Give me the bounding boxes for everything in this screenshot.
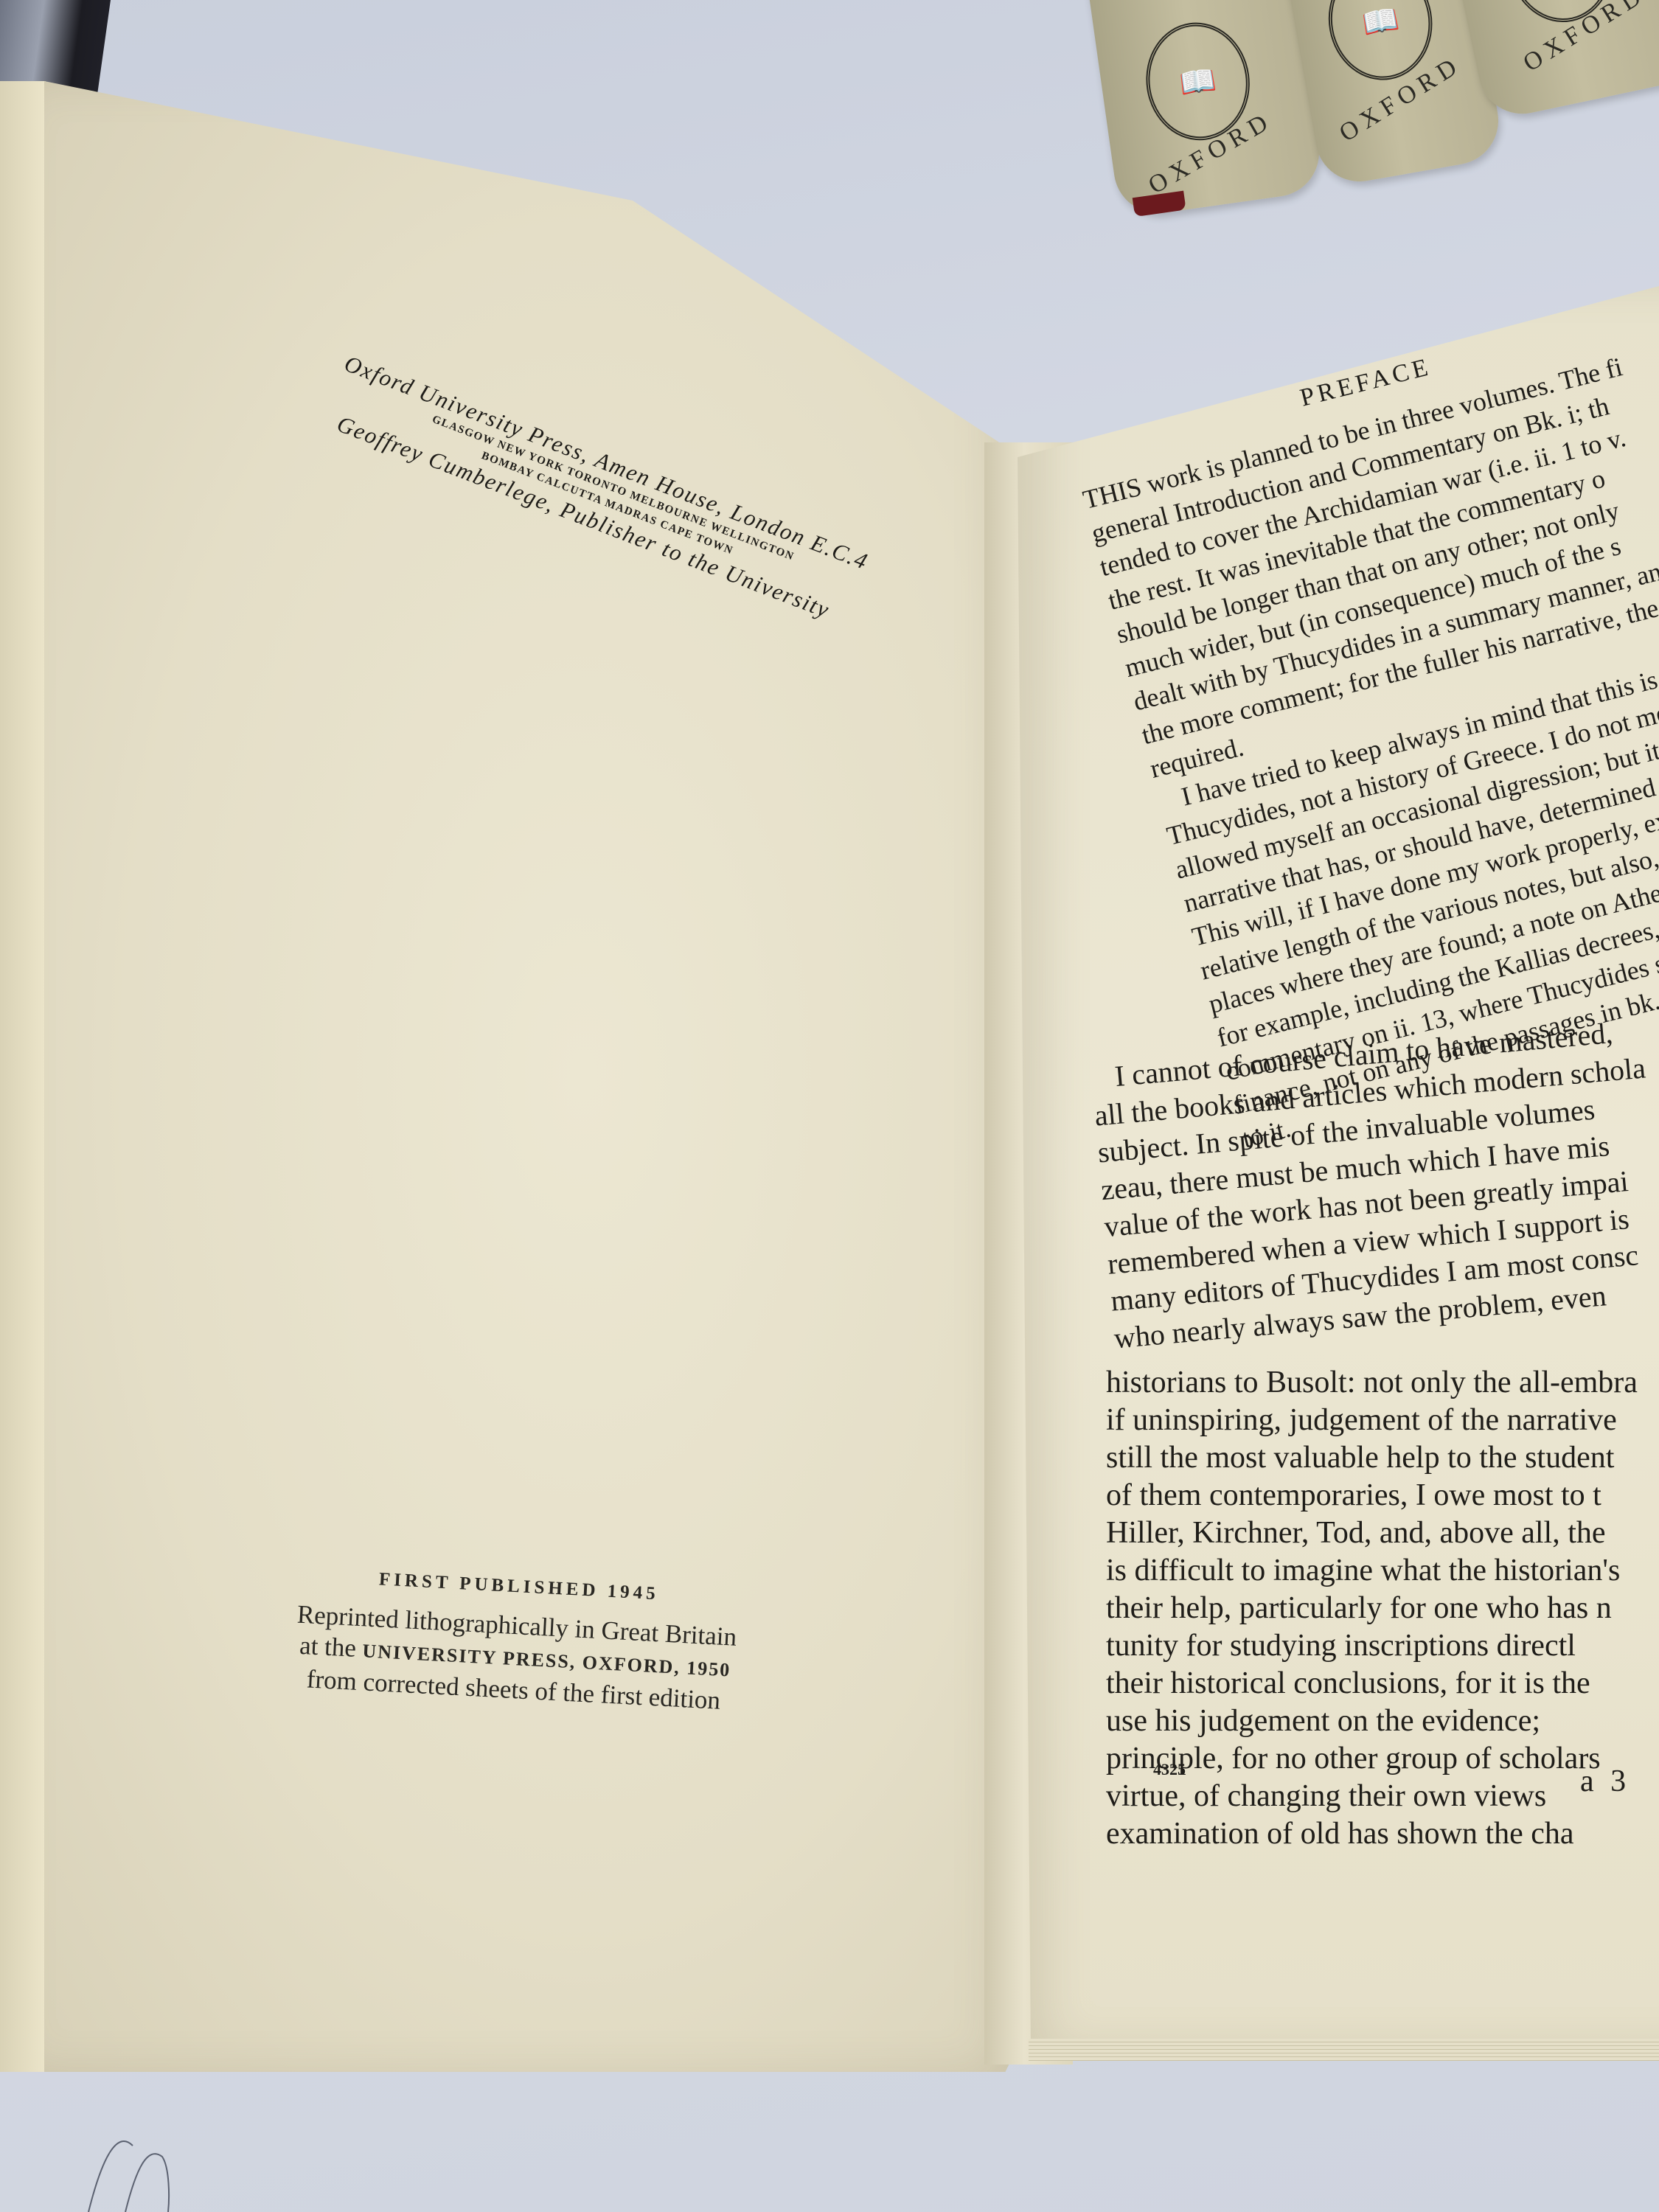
- red-cover-edge: [1133, 191, 1186, 217]
- text-line: Hiller, Kirchner, Tod, and, above all, t…: [1106, 1514, 1659, 1552]
- text-line: if uninspiring, judgement of the narrati…: [1106, 1402, 1659, 1439]
- text-line: virtue, of changing their own views: [1106, 1778, 1659, 1815]
- preface-lower: historians to Busolt: not only the all-e…: [1106, 1364, 1659, 1853]
- page-edges: [1029, 2039, 1659, 2061]
- signature-mark: 4325: [1153, 1760, 1186, 1779]
- text-line: principle, for no other group of scholar…: [1106, 1740, 1659, 1778]
- colophon-line-2-prefix: at the: [299, 1631, 357, 1663]
- photo-scene: 📖 OXFORD 📖 OXFORD 📖 OXFORD Oxford Univer…: [0, 0, 1659, 2212]
- text-line: historians to Busolt: not only the all-e…: [1106, 1364, 1659, 1402]
- left-page: [44, 81, 1025, 2072]
- text-line: of them contemporaries, I owe most to t: [1106, 1477, 1659, 1514]
- page-marker: a 3: [1580, 1764, 1630, 1799]
- text-line: examination of old has shown the cha: [1106, 1815, 1659, 1853]
- text-line: use his judgement on the evidence;: [1106, 1703, 1659, 1740]
- text-line: is difficult to imagine what the histori…: [1106, 1552, 1659, 1590]
- text-line: tunity for studying inscriptions directl: [1106, 1627, 1659, 1665]
- text-line: their historical conclusions, for it is …: [1106, 1665, 1659, 1703]
- text-line: still the most valuable help to the stud…: [1106, 1439, 1659, 1477]
- pen-mark-icon: [66, 2124, 347, 2212]
- book-board: [0, 81, 46, 2072]
- colophon: FIRST PUBLISHED 1945 Reprinted lithograp…: [255, 1563, 777, 1719]
- text-line: their help, particularly for one who has…: [1106, 1590, 1659, 1627]
- background-volume-1: 📖 OXFORD: [1088, 0, 1325, 219]
